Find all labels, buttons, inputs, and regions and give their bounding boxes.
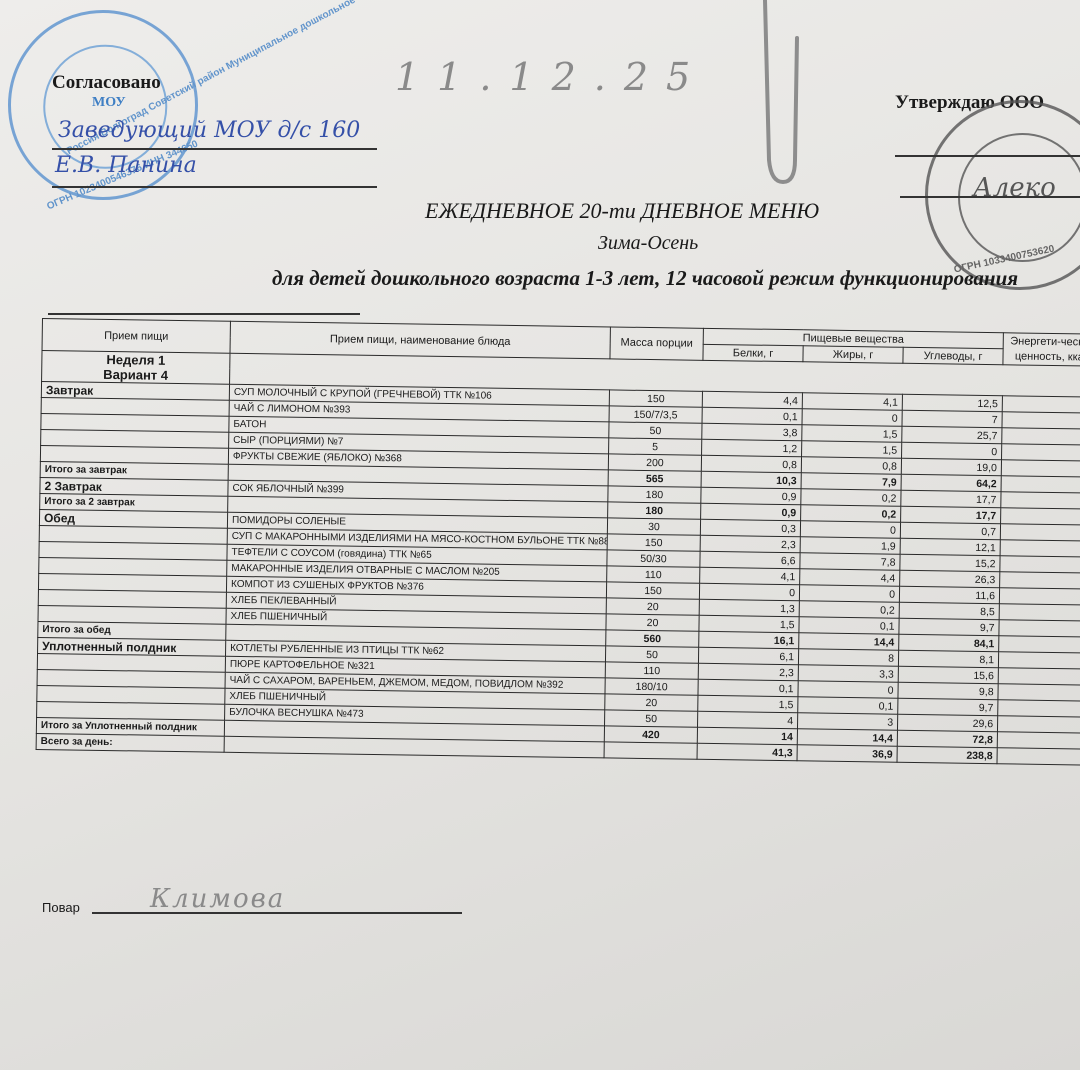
protein-cell: 41,3 <box>697 743 797 760</box>
carbs-cell: 15,2 <box>900 554 1000 571</box>
carbs-cell: 26,3 <box>900 570 1000 587</box>
handwritten-date: 11.12.25 <box>395 55 708 99</box>
energy-cell <box>998 668 1080 685</box>
protein-cell: 0 <box>699 583 799 600</box>
fat-cell: 7,8 <box>800 553 900 570</box>
mass-cell <box>604 742 697 759</box>
signature-line <box>52 186 377 188</box>
carbs-cell: 12,1 <box>900 538 1000 555</box>
fat-cell: 14,4 <box>797 729 897 746</box>
agreed-signature-title: Заведующий МОУ д/с 160 <box>58 118 360 143</box>
mass-cell: 565 <box>608 470 701 487</box>
fat-cell: 0 <box>798 681 898 698</box>
fat-cell: 14,4 <box>799 633 899 650</box>
mass-cell: 150 <box>606 582 699 599</box>
paperclip-icon <box>755 0 805 190</box>
energy-cell <box>1000 572 1080 589</box>
protein-cell: 14 <box>697 727 797 744</box>
cook-label: Повар <box>42 900 80 915</box>
carbs-cell: 8,1 <box>898 650 998 667</box>
fat-cell: 0 <box>799 585 899 602</box>
fat-cell: 0,2 <box>799 601 899 618</box>
carbs-cell: 12,5 <box>902 394 1002 411</box>
protein-cell: 2,3 <box>700 535 800 552</box>
fat-cell: 0,8 <box>801 457 901 474</box>
mass-cell: 50 <box>609 422 702 439</box>
carbs-cell: 11,6 <box>899 586 999 603</box>
protein-cell: 6,6 <box>700 551 800 568</box>
protein-cell: 16,1 <box>699 631 799 648</box>
protein-cell: 1,5 <box>699 615 799 632</box>
carbs-cell: 15,6 <box>898 666 998 683</box>
meal-cell: Всего за день: <box>36 733 224 752</box>
energy-cell <box>1001 476 1080 493</box>
energy-cell <box>1000 556 1080 573</box>
fat-cell: 8 <box>798 649 898 666</box>
energy-cell <box>997 748 1080 765</box>
carbs-cell: 0,7 <box>900 522 1000 539</box>
protein-cell: 0,3 <box>700 519 800 536</box>
fat-cell: 1,5 <box>802 425 902 442</box>
signature-line <box>895 155 1080 157</box>
fat-cell: 4,1 <box>802 393 902 410</box>
energy-cell <box>998 652 1080 669</box>
header-fat: Жиры, г <box>803 346 903 363</box>
fat-cell: 7,9 <box>801 473 901 490</box>
header-energy: Энергети-ческая ценность, ккал <box>1003 333 1080 366</box>
menu-table-container: Прием пищи Прием пищи, наименование блюд… <box>36 318 1080 766</box>
carbs-cell: 9,8 <box>898 682 998 699</box>
fat-cell: 3,3 <box>798 665 898 682</box>
header-mass: Масса порции <box>610 327 703 360</box>
fat-cell: 0 <box>802 409 902 426</box>
right-approval-stamp: ОГРН 1033400753620 Алеко <box>925 100 1080 290</box>
protein-cell: 0,9 <box>701 487 801 504</box>
mass-cell: 180 <box>608 486 701 503</box>
protein-cell: 4,1 <box>700 567 800 584</box>
menu-table: Прием пищи Прием пищи, наименование блюд… <box>36 318 1080 766</box>
energy-cell <box>999 604 1080 621</box>
signature-line <box>900 196 1080 198</box>
document-subtitle: для детей дошкольного возраста 1-3 лет, … <box>272 266 1018 291</box>
signature-line <box>52 148 377 150</box>
carbs-cell: 238,8 <box>897 746 997 763</box>
cook-signature: Климова <box>150 884 285 914</box>
mass-cell: 180 <box>608 502 701 519</box>
document-title: ЕЖЕДНЕВНОЕ 20-ти ДНЕВНОЕ МЕНЮ <box>425 198 819 224</box>
fat-cell: 1,9 <box>800 537 900 554</box>
agreed-org-stamp: МОУ <box>92 95 126 111</box>
mass-cell: 50/30 <box>607 550 700 567</box>
mass-cell: 560 <box>606 630 699 647</box>
protein-cell: 2,3 <box>698 663 798 680</box>
fat-cell: 36,9 <box>797 745 897 762</box>
fat-cell: 0 <box>800 521 900 538</box>
carbs-cell: 72,8 <box>897 730 997 747</box>
energy-cell <box>1001 492 1080 509</box>
protein-cell: 10,3 <box>701 471 801 488</box>
energy-cell <box>1000 540 1080 557</box>
mass-cell: 50 <box>605 710 698 727</box>
fat-cell: 1,5 <box>802 441 902 458</box>
protein-cell: 0,1 <box>698 679 798 696</box>
carbs-cell: 19,0 <box>901 458 1001 475</box>
protein-cell: 1,5 <box>698 695 798 712</box>
mass-cell: 420 <box>604 726 697 743</box>
mass-cell: 110 <box>605 662 698 679</box>
mass-cell: 50 <box>605 646 698 663</box>
energy-cell <box>1000 524 1080 541</box>
carbs-cell: 64,2 <box>901 474 1001 491</box>
header-meal: Прием пищи <box>42 319 230 354</box>
header-protein: Белки, г <box>703 344 803 361</box>
mass-cell: 150 <box>609 390 702 407</box>
protein-cell: 6,1 <box>698 647 798 664</box>
energy-cell <box>999 588 1080 605</box>
fat-cell: 0,2 <box>801 505 901 522</box>
energy-cell <box>1002 412 1080 429</box>
protein-cell: 1,2 <box>702 439 802 456</box>
protein-cell: 0,1 <box>702 407 802 424</box>
mass-cell: 5 <box>609 438 702 455</box>
energy-cell <box>1002 428 1080 445</box>
agreed-label: Согласовано <box>52 72 161 94</box>
mass-cell: 110 <box>607 566 700 583</box>
carbs-cell: 9,7 <box>898 698 998 715</box>
fat-cell: 0,1 <box>798 697 898 714</box>
energy-cell <box>1002 396 1080 413</box>
energy-cell <box>998 700 1080 717</box>
energy-cell <box>999 620 1080 637</box>
mass-cell: 200 <box>608 454 701 471</box>
mass-cell: 150/7/3,5 <box>609 406 702 423</box>
fat-cell: 3 <box>797 713 897 730</box>
fat-cell: 0,2 <box>801 489 901 506</box>
mass-cell: 20 <box>606 598 699 615</box>
mass-cell: 20 <box>605 694 698 711</box>
carbs-cell: 7 <box>902 410 1002 427</box>
energy-cell <box>1001 508 1080 525</box>
carbs-cell: 84,1 <box>899 634 999 651</box>
mass-cell: 20 <box>606 614 699 631</box>
protein-cell: 0,8 <box>701 455 801 472</box>
protein-cell: 3,8 <box>702 423 802 440</box>
carbs-cell: 29,6 <box>897 714 997 731</box>
mass-cell: 150 <box>607 534 700 551</box>
protein-cell: 4 <box>698 711 798 728</box>
protein-cell: 1,3 <box>699 599 799 616</box>
energy-cell <box>999 636 1080 653</box>
document-season: Зима-Осень <box>598 232 698 255</box>
carbs-cell: 9,7 <box>899 618 999 635</box>
fat-cell: 0,1 <box>799 617 899 634</box>
carbs-cell: 8,5 <box>899 602 999 619</box>
right-stamp-org: Алеко <box>973 173 1056 203</box>
agreed-signature-name: Е.В. Панина <box>55 153 197 178</box>
protein-cell: 4,4 <box>702 391 802 408</box>
carbs-cell: 17,7 <box>901 490 1001 507</box>
mass-cell: 180/10 <box>605 678 698 695</box>
protein-cell: 0,9 <box>701 503 801 520</box>
header-divider <box>48 313 360 315</box>
carbs-cell: 25,7 <box>902 426 1002 443</box>
carbs-cell: 17,7 <box>901 506 1001 523</box>
carbs-cell: 0 <box>902 442 1002 459</box>
energy-cell <box>997 716 1080 733</box>
mass-cell: 30 <box>607 518 700 535</box>
energy-cell <box>997 732 1080 749</box>
energy-cell <box>1002 444 1080 461</box>
header-carbs: Углеводы, г <box>903 347 1003 364</box>
energy-cell <box>1001 460 1080 477</box>
energy-cell <box>998 684 1080 701</box>
fat-cell: 4,4 <box>800 569 900 586</box>
